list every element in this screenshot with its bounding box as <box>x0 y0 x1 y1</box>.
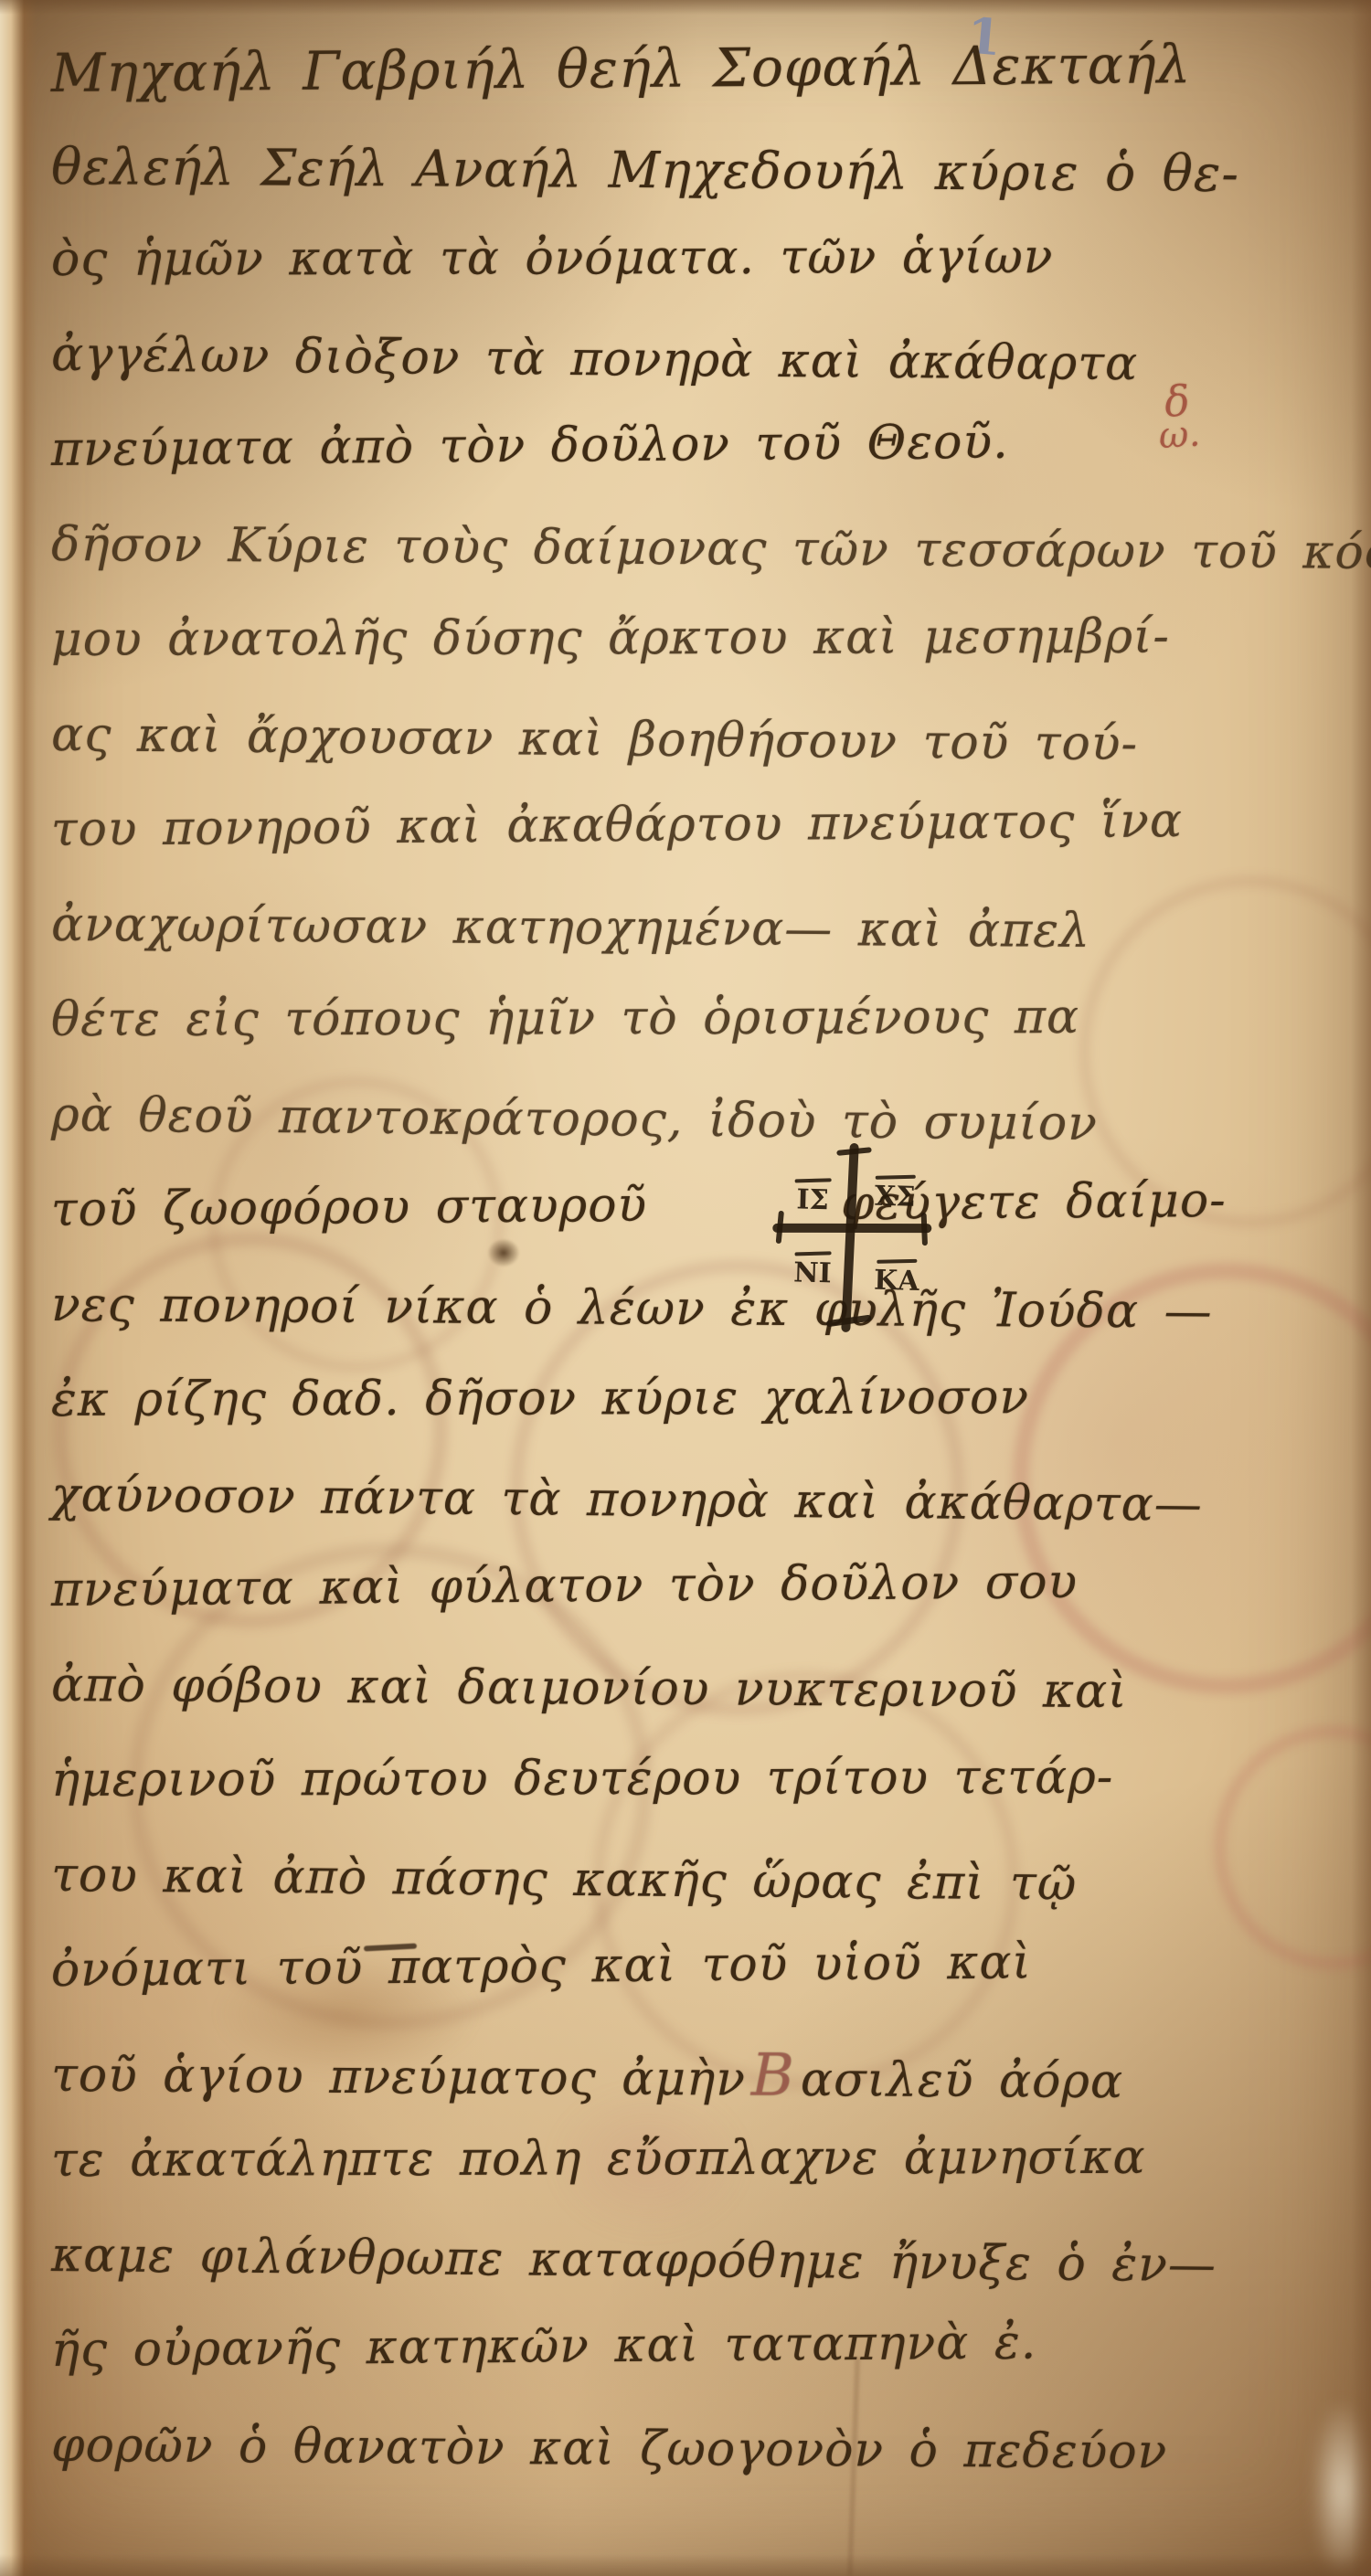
line-text-after-initial: ασιλεῦ ἀόρα <box>801 2052 1123 2109</box>
manuscript-line: ἐκ ρίζης δαδ. δῆσον κύριε χαλίνοσον <box>51 1369 1333 1468</box>
manuscript-line: δῆσον Κύριε τοὺς δαίμονας τῶν τεσσάρων τ… <box>51 517 1334 620</box>
cross-label-xs: ΧΣ <box>875 1181 916 1214</box>
cross-label-is: ΙΣ <box>796 1183 829 1216</box>
manuscript-line: Μηχαήλ Γαβριήλ θεήλ Σοφαήλ Δεκταήλ <box>51 32 1334 137</box>
rubricated-initial: Β <box>751 2042 795 2110</box>
cross-vertical-stroke <box>845 1148 854 1328</box>
manuscript-line: μου ἀνατολῆς δύσης ἄρκτου καὶ μεσημβρί- <box>51 609 1333 707</box>
nika-cross-icon: ΙΣ ΧΣ ΝΙ ΚΑ <box>767 1139 937 1340</box>
cross-serif <box>839 1150 868 1154</box>
cross-label-ni: ΝΙ <box>793 1256 832 1289</box>
manuscript-line: του πονηροῦ καὶ ἀκαθάρτου πνεύματος ἵνα <box>51 792 1334 897</box>
page-edge-shadow-bottom <box>0 2554 1371 2576</box>
cross-serif <box>830 1317 868 1324</box>
manuscript-line-with-rubric-initial: τοῦ ἁγίου πνεύματος ἀμὴνΒασιλεῦ ἀόρα <box>51 2038 1334 2141</box>
manuscript-line: ὀνόματι τοῦ πατρὸς καὶ τοῦ υἱοῦ καὶ <box>51 1933 1334 2038</box>
manuscript-photo: 1 Μηχαήλ Γαβριήλ θεήλ Σοφαήλ Δεκταήλ θελ… <box>0 0 1371 2576</box>
manuscript-line: τε ἀκατάληπτε πολη εὔσπλαχνε ἀμνησίκα <box>51 2129 1333 2228</box>
overline <box>878 1260 915 1263</box>
manuscript-line: ῆς οὐρανῆς κατηκῶν καὶ ταταπηνὰ ἐ. <box>51 2313 1334 2418</box>
line-text-before-cross: τοῦ ζωοφόρου σταυροῦ <box>51 1178 648 1237</box>
cross-label-ka: ΚΑ <box>874 1265 920 1298</box>
overline <box>877 1176 914 1179</box>
page-edge-shadow-right <box>1351 0 1371 2576</box>
gutter-page-edge <box>0 0 37 2576</box>
manuscript-line: ἀπὸ φόβου καὶ δαιμονίου νυκτερινοῦ καὶ <box>51 1658 1334 1761</box>
manuscript-line: πνεύματα καὶ φύλατον τὸν δοῦλον σου <box>51 1553 1334 1658</box>
cross-serif <box>923 1215 926 1243</box>
page-edge-shadow-top <box>0 0 1371 15</box>
manuscript-line: ἀναχωρίτωσαν κατηοχημένα— καὶ ἀπελ <box>51 897 1334 1001</box>
red-abbrev-bottom: ω. <box>1136 417 1222 453</box>
overline <box>797 1179 830 1182</box>
red-marginal-abbreviation: δ ω. <box>1134 381 1223 453</box>
cross-serif <box>779 1214 781 1241</box>
manuscript-line: ἡμερινοῦ πρώτου δευτέρου τρίτου τετάρ- <box>51 1749 1333 1848</box>
manuscript-line: θέτε εἰς τόπους ἡμῖν τὸ ὁρισμένους πα <box>51 989 1333 1087</box>
manuscript-line: θελεήλ Σεήλ Αναήλ Μηχεδουήλ κύριε ὁ θε- <box>51 137 1334 240</box>
manuscript-line-with-cross: τοῦ ζωοφόρου σταυροῦφεύγετε δαίμο- <box>51 1172 1334 1277</box>
manuscript-line: ὸς ἡμῶν κατὰ τὰ ὀνόματα. τῶν ἁγίων <box>51 228 1333 327</box>
cross-horizontal-stroke <box>777 1224 927 1232</box>
line-text-before-initial: τοῦ ἁγίου πνεύματος ἀμὴν <box>51 2048 746 2107</box>
manuscript-line: φορῶν ὁ θανατὸν καὶ ζωογονὸν ὁ πεδεύον <box>51 2418 1334 2521</box>
overline <box>797 1252 830 1255</box>
manuscript-line: νες πονηροί νίκα ὁ λέων ἐκ φυλῆς Ἰούδα — <box>51 1277 1334 1381</box>
